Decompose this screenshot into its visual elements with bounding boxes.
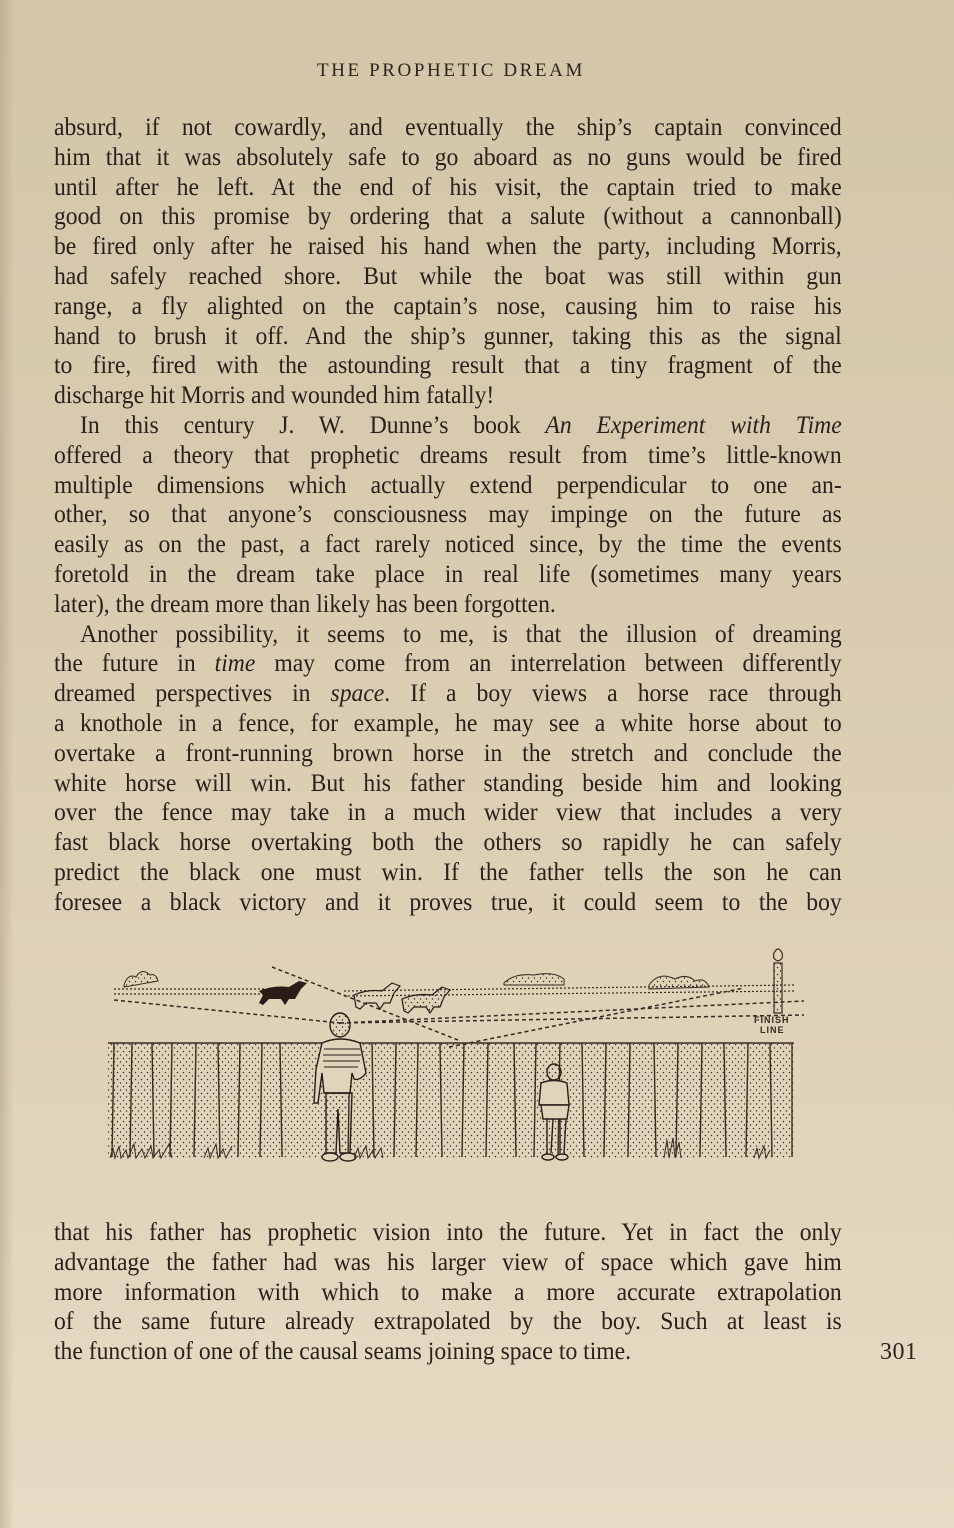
horse-race-fence-illustration: FINISH LINE <box>104 945 816 1175</box>
text-line-paragraph-start: In this century J. W. Dunne’s book An Ex… <box>54 411 842 441</box>
text-line: him that it was absolutely safe to go ab… <box>54 143 842 173</box>
text-line: overtake a front-running brown horse in … <box>54 739 842 769</box>
wooden-fence <box>108 1042 794 1158</box>
text-line: fast black horse overtaking both the oth… <box>54 828 842 858</box>
text-line: discharge hit Morris and wounded him fat… <box>54 381 842 411</box>
text-line: until after he left. At the end of his v… <box>54 173 842 203</box>
finish-label-line1: FINISH <box>754 1015 790 1025</box>
body-text-top: absurd, if not cowardly, and eventually … <box>54 113 842 918</box>
text-line: good on this promise by ordering that a … <box>54 202 842 232</box>
text-run: may come from an interrelation between d… <box>255 649 841 677</box>
finish-post <box>774 949 783 1013</box>
text-line: other, so that anyone’s consciousness ma… <box>54 500 842 530</box>
text-line: foretold in the dream take place in real… <box>54 560 842 590</box>
text-line: over the fence may take in a much wider … <box>54 798 842 828</box>
text-line: easily as on the past, a fact rarely not… <box>54 530 842 560</box>
text-line: that his father has prophetic vision int… <box>54 1218 842 1248</box>
text-line: hand to brush it off. And the ship’s gun… <box>54 322 842 352</box>
running-head: THE PROPHETIC DREAM <box>0 60 902 82</box>
distant-trees <box>124 971 709 989</box>
text-run: In this century J. W. Dunne’s book <box>80 411 545 439</box>
text-line: white horse will win. But his father sta… <box>54 769 842 799</box>
black-horse-icon <box>259 981 307 1005</box>
text-line: more information with which to make a mo… <box>54 1278 842 1308</box>
page-number: 301 <box>880 1339 918 1366</box>
text-line: foresee a black victory and it proves tr… <box>54 888 842 918</box>
text-line: of the same future already extrapolated … <box>54 1307 842 1337</box>
page-gutter-shadow <box>0 0 14 1528</box>
text-line: multiple dimensions which actually exten… <box>54 471 842 501</box>
text-line: predict the black one must win. If the f… <box>54 858 842 888</box>
text-line: a knothole in a fence, for example, he m… <box>54 709 842 739</box>
text-line: offered a theory that prophetic dreams r… <box>54 441 842 471</box>
text-run: dreamed perspectives in <box>54 679 331 707</box>
text-line: the future in time may come from an inte… <box>54 649 842 679</box>
text-line: the function of one of the causal seams … <box>54 1337 842 1367</box>
text-line-paragraph-start: Another possibility, it seems to me, is … <box>54 620 842 650</box>
sightlines <box>114 967 804 1047</box>
text-line: absurd, if not cowardly, and eventually … <box>54 113 842 143</box>
text-line: range, a fly alighted on the captain’s n… <box>54 292 842 322</box>
text-run: . If a boy views a horse race through <box>384 679 841 707</box>
body-text-bottom: that his father has prophetic vision int… <box>54 1218 842 1367</box>
book-title-italic: An Experiment with Time <box>545 411 841 439</box>
finish-label-line2: LINE <box>760 1025 785 1035</box>
text-run: the future in <box>54 649 215 677</box>
emphasis-italic: time <box>215 649 256 677</box>
text-line: had safely reached shore. But while the … <box>54 262 842 292</box>
brown-horse-icon <box>402 987 450 1013</box>
text-line: later), the dream more than likely has b… <box>54 590 842 620</box>
track-rail <box>114 985 794 996</box>
text-line: dreamed perspectives in space. If a boy … <box>54 679 842 709</box>
emphasis-italic: space <box>331 679 385 707</box>
text-line: to fire, fired with the astounding resul… <box>54 351 842 381</box>
text-line: be fired only after he raised his hand w… <box>54 232 842 262</box>
text-line: advantage the father had was his larger … <box>54 1248 842 1278</box>
